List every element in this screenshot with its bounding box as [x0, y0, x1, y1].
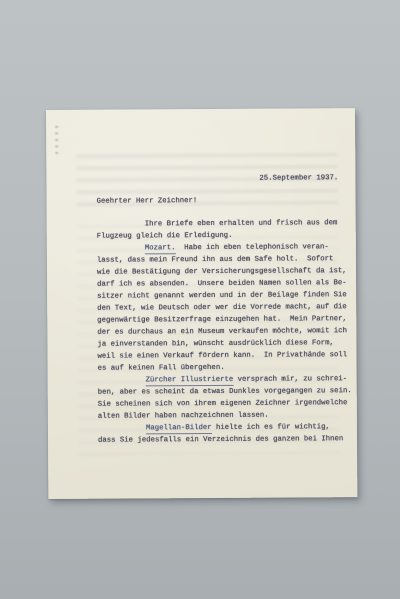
- underlined-lead: Zürcher Illustrierte: [146, 376, 234, 386]
- letter-body: Ihre Briefe eben erhalten und frisch aus…: [97, 217, 360, 447]
- underlined-lead: Magellan-Bilder: [146, 424, 212, 434]
- underlined-lead: Mozart.: [145, 244, 176, 254]
- letter-line: Sie scheinen sich von ihrem eigenen Zeic…: [98, 397, 360, 411]
- paragraph: Ihre Briefe eben erhalten und frisch aus…: [97, 217, 359, 243]
- letter-page: 25.September 1937. Geehrter Herr Zeichne…: [46, 108, 357, 499]
- salutation: Geehrter Herr Zeichner!: [97, 195, 198, 208]
- date-line: 25.September 1937.: [259, 172, 338, 184]
- photo-background: 25.September 1937. Geehrter Herr Zeichne…: [0, 0, 400, 599]
- letter-line: weil sie einen Verkauf fördern kann. In …: [97, 349, 359, 363]
- letter-line: Ihre Briefe eben erhalten und frisch aus…: [97, 217, 359, 231]
- paragraph: Magellan-Bilder hielte ich es für wichti…: [98, 421, 360, 447]
- paragraph: Zürcher Illustrierte versprach mir, zu s…: [98, 373, 360, 423]
- letter-line: dass Sie jedesfalls ein Verzeichnis des …: [98, 433, 360, 447]
- left-edge-marks: [55, 126, 58, 158]
- paragraph: Mozart. Habe ich eben telephonisch veran…: [97, 241, 360, 375]
